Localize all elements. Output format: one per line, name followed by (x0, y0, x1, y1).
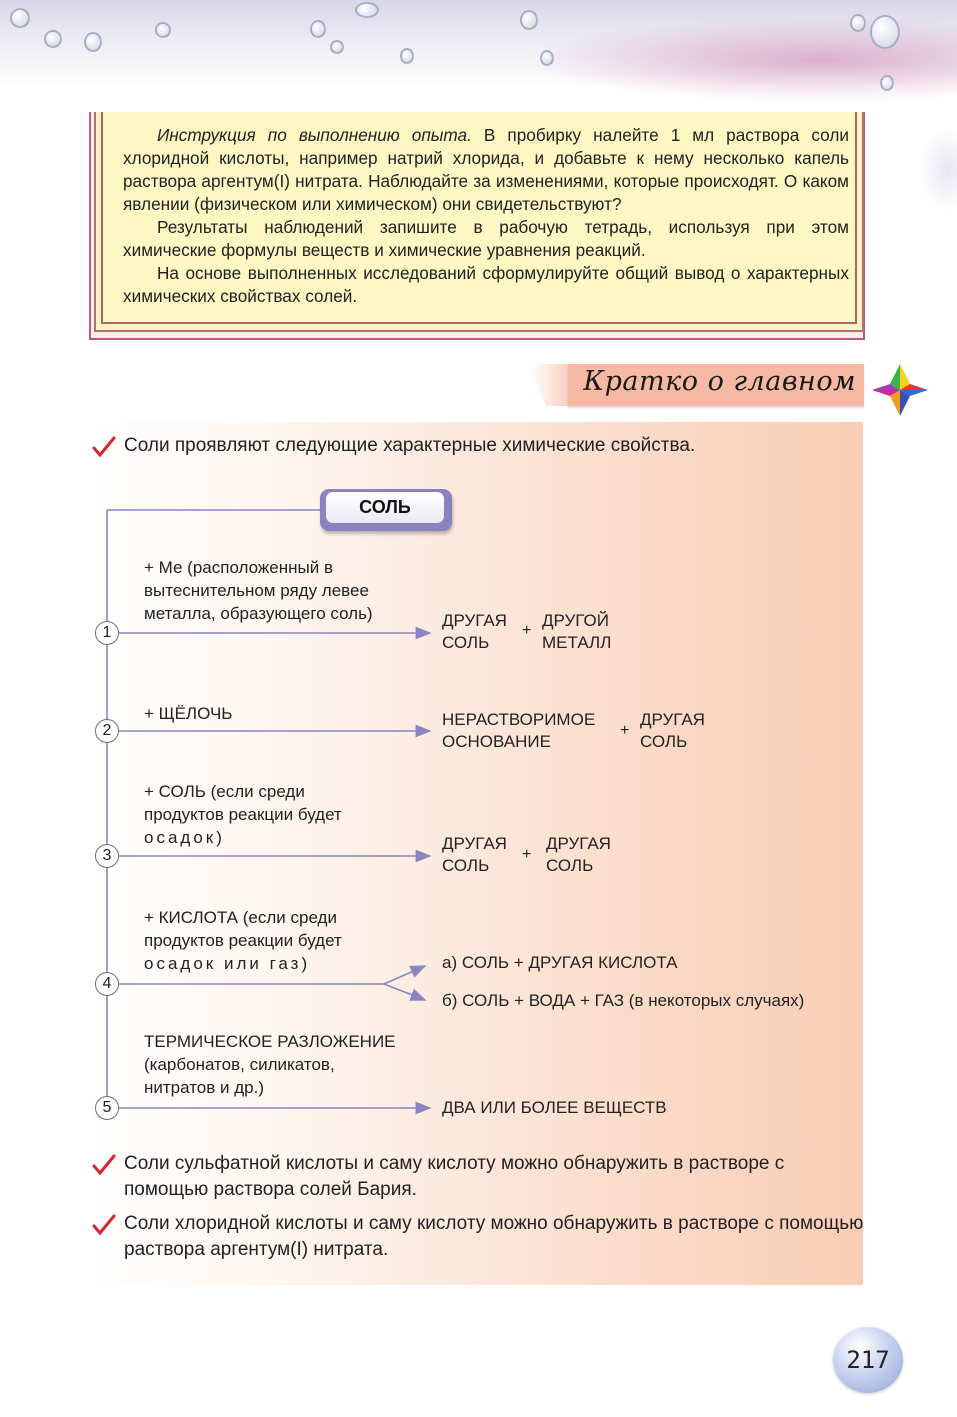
reaction-3-product-a: ДРУГАЯ СОЛЬ (442, 833, 507, 877)
reaction-1-product-b: ДРУГОЙ МЕТАЛЛ (542, 610, 611, 654)
salt-root-node: СОЛЬ (320, 489, 452, 531)
molecule-bubble-icon (310, 20, 326, 38)
check-mark-icon (92, 435, 116, 459)
reaction-2-product-a: НЕРАСТВОРИМОЕ ОСНОВАНИЕ (442, 709, 595, 753)
molecule-bubble-icon (540, 50, 554, 66)
reaction-5-condition: ТЕРМИЧЕСКОЕ РАЗЛОЖЕНИЕ (карбонатов, сили… (144, 1030, 396, 1099)
molecule-bubble-icon (355, 2, 379, 18)
reaction-5-result: ДВА ИЛИ БОЛЕЕ ВЕЩЕСТВ (442, 1097, 667, 1119)
reaction-2-product-b: ДРУГАЯ СОЛЬ (640, 709, 705, 753)
check-mark-icon (92, 1153, 116, 1177)
reaction-2-condition: + ЩЁЛОЧЬ (144, 702, 232, 725)
reaction-4-branch-b: б) СОЛЬ + ВОДА + ГАЗ (в некоторых случая… (442, 990, 804, 1012)
atom-decoration-icon (887, 110, 957, 230)
colorful-star-icon (870, 362, 930, 418)
instruction-paragraph-1: Инструкция по выполнению опыта. В пробир… (123, 124, 849, 216)
molecule-bubble-icon (400, 48, 414, 64)
reaction-4-condition: + КИСЛОТА (если среди продуктов реакции … (144, 906, 342, 975)
molecule-bubble-icon (84, 32, 102, 52)
header-decoration (0, 0, 957, 110)
reaction-3-product-b: ДРУГАЯ СОЛЬ (546, 833, 611, 877)
reaction-4-branch-a: а) СОЛЬ + ДРУГАЯ КИСЛОТА (442, 952, 678, 974)
instruction-box: Инструкция по выполнению опыта. В пробир… (89, 112, 863, 340)
plus-sign: + (522, 622, 531, 640)
instruction-text: Инструкция по выполнению опыта. В пробир… (123, 124, 849, 308)
instruction-lead: Инструкция по выполнению опыта. (157, 125, 472, 145)
summary-title: Кратко о главном (583, 366, 856, 397)
reaction-number-2: 2 (95, 719, 119, 743)
molecule-bubble-icon (520, 10, 538, 30)
check-mark-icon (92, 1213, 116, 1237)
molecule-bubble-icon (44, 30, 62, 48)
reaction-number-5: 5 (95, 1096, 119, 1120)
reaction-number-3: 3 (95, 844, 119, 868)
molecule-bubble-icon (870, 15, 900, 49)
instruction-paragraph-3: На основе выполненных исследований сформ… (123, 262, 849, 308)
reaction-number-4: 4 (95, 972, 119, 996)
page-number: 217 (833, 1327, 903, 1393)
reaction-1-product-a: ДРУГАЯ СОЛЬ (442, 610, 507, 654)
reaction-3-condition: + СОЛЬ (если среди продуктов реакции буд… (144, 780, 342, 849)
molecule-bubble-icon (850, 14, 866, 32)
plus-sign: + (620, 722, 629, 740)
instruction-paragraph-2: Результаты наблюдений запишите в рабочую… (123, 216, 849, 262)
reaction-1-condition: + Ме (расположенный в вытеснительном ряд… (144, 556, 373, 625)
molecule-bubble-icon (10, 8, 30, 28)
reaction-number-1: 1 (95, 621, 119, 645)
molecule-bubble-icon (330, 40, 344, 54)
molecule-bubble-icon (880, 75, 894, 91)
summary-banner: Кратко о главном (528, 364, 864, 406)
plus-sign: + (522, 846, 531, 864)
molecule-bubble-icon (155, 22, 171, 38)
